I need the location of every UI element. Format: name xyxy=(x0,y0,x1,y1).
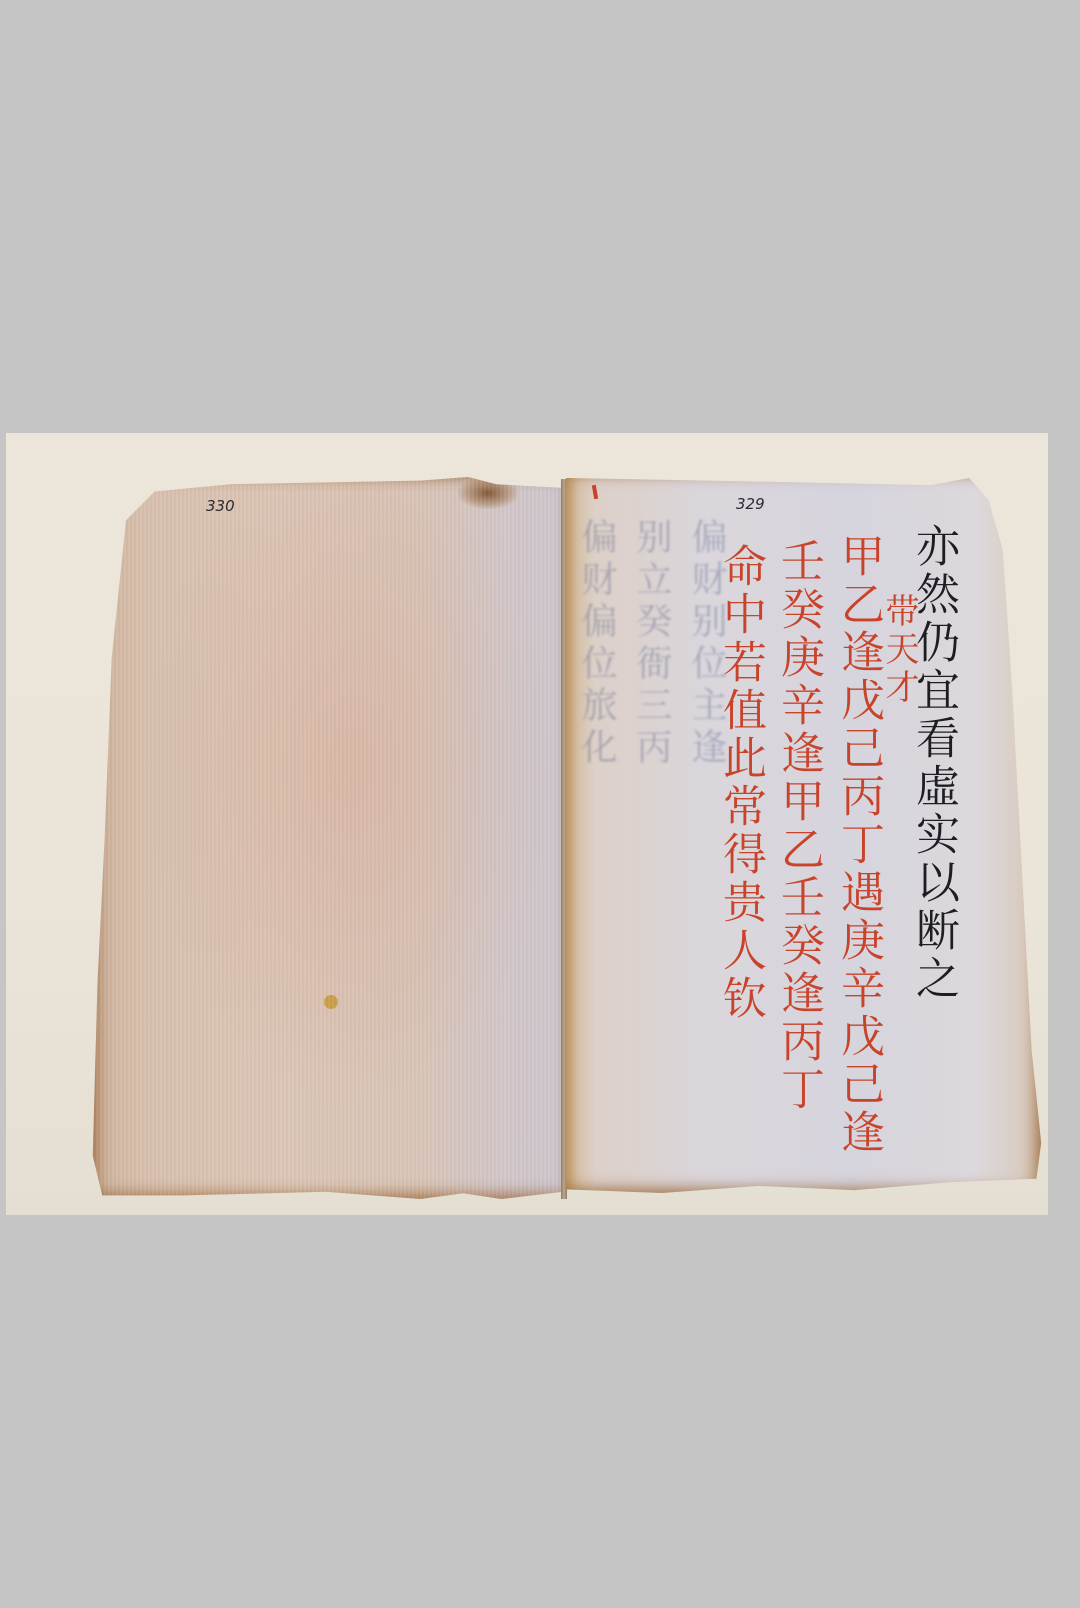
stain-mark xyxy=(324,995,338,1009)
right-page-folio: 329 xyxy=(736,495,765,513)
left-page-folio: 330 xyxy=(206,497,235,515)
text-column-red-2: 壬癸庚辛逢甲乙壬癸逢丙丁 xyxy=(776,538,820,1114)
burn-damage xyxy=(458,477,518,509)
text-column-red-1-side-note: 带天才 xyxy=(882,593,916,707)
text-column-red-1: 甲乙逢戊己丙丁遇庚辛戊己逢 xyxy=(836,533,880,1157)
show-through-text-2: 别立癸衙三丙 xyxy=(626,518,677,770)
manuscript-photo: 330 偏财别位主逢 别立癸衙三丙 偏财偏位旅化 329 亦然仍宜看虛实以断之 … xyxy=(6,433,1048,1215)
left-page xyxy=(88,477,563,1199)
text-column-red-3: 命中若值此常得贵人钦 xyxy=(718,543,762,1023)
show-through-text-3: 偏财偏位旅化 xyxy=(571,518,622,770)
